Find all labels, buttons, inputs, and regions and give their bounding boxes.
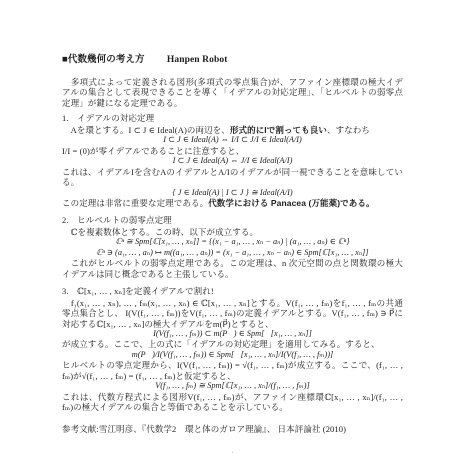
reference-citation: 参考文献:雪江明彦、『代数学2 環と体のガロア理論』、 日本評論社 (2010) [62,424,403,435]
section-3-line-3: ヒルベルトの零点定理から、I(V(f₁, … , fₘ)) = √(f₁, … … [62,360,403,381]
section-1-line-1-post: 、すなわち [327,125,370,135]
formula-weak-nullstellensatz-set: ℂⁿ ≅ Spm[ℂ[x₁, … , xₙ]] = {(x₁ − a₁, … ,… [62,237,403,247]
section-3-line-4: これは、代数方程式による図形V(f₁, … , fₘ)が、アファイン座標環ℂ[x… [62,392,403,413]
section-2-heading: 2. ヒルベルトの弱零点定理 [62,215,403,226]
formula-variety-spm-isomorphism: V(f₁, … , fₘ) ≅ Spm[ℂ[x₁, … , xₙ]/(f₁, …… [62,381,403,391]
section-1-line-1-bold: 形式的にIで割っても良い [230,125,327,135]
title-line: ■代数幾何の考え方 Hanpen Robot [62,54,403,67]
section-3: 3. ℂ[x₁, … , xₙ]を定義イデアルで割れ! f₁(x₁, … , x… [62,286,403,413]
page-title: ■代数幾何の考え方 [62,54,145,66]
formula-quotient-maximal-ideal: m(P⃗)/I(V(f₁, … , fₘ)) ∈ Spm[ℂ[x₁, … , x… [62,350,403,360]
section-1-line-2: I/I = (0)が零イデアルであることに注意すると、 [62,146,403,157]
document-content: ■代数幾何の考え方 Hanpen Robot 多項式によって定義される図形(多項… [0,0,453,453]
section-1-line-3: これは、イデアルIを含むAのイデアルとA/Iのイデアルが同一視できることを意味し… [62,167,403,188]
formula-weak-nullstellensatz-map: ℂⁿ ∋ (a₁, … , aₙ) ↦ m((a₁, … , aₙ)) = (x… [62,248,403,258]
section-1-line-1: Aを環とする。I ⊂ J ∈ Ideal(A)の両辺を、形式的にIで割っても良い… [62,125,403,136]
section-1-line-4-pre: この定理は非常に重要な定理である。 [62,198,208,208]
author-name: Hanpen Robot [167,55,228,67]
section-3-line-2: が成立する。ここで、上の式に「イデアルの対応定理」を適用してみる。すると、 [62,339,403,350]
formula-ideal-set-isomorphism: { J ∈ Ideal(A) | I ⊂ J } ≅ Ideal(A/I) [62,188,403,198]
section-2-line-2: これがヒルベルトの弱零点定理である。この定理は、n 次元空間の点と関数環の極大イ… [62,258,403,279]
section-1-line-4: この定理は非常に重要な定理である。代数学における Panacea (万能薬)であ… [62,198,403,209]
intro-paragraph: 多項式によって定義される図形(多項式の零点集合)が、アファイン座標環の極大イデア… [62,77,403,109]
formula-defining-ideal-inclusion: I(V(f₁, … , fₘ)) ⊂ m(P⃗) ∈ Spm[ℂ[x₁, … ,… [62,329,403,339]
document-page: ■代数幾何の考え方 Hanpen Robot 多項式によって定義される図形(多項… [0,0,453,453]
formula-ideal-correspondence-reduced: I ⊂ J ∈ Ideal(A) ⇔ J/I ∈ Ideal(A/I) [62,156,403,166]
section-3-line-1: f₁(x₁, … , xₙ), … , fₘ(x₁, … , xₙ) ∈ ℂ[x… [62,298,403,330]
section-1-line-1-pre: Aを環とする。I ⊂ J ∈ Ideal(A)の両辺を、 [62,125,230,135]
section-1-line-4-bold: 代数学における Panacea (万能薬)である。 [208,198,374,208]
section-2-line-1: ℂを複素数体とする。この時、以下が成立する。 [62,227,403,238]
section-3-heading: 3. ℂ[x₁, … , xₙ]を定義イデアルで割れ! [62,286,403,297]
section-2: 2. ヒルベルトの弱零点定理 ℂを複素数体とする。この時、以下が成立する。 ℂⁿ… [62,215,403,279]
formula-ideal-correspondence-full: I ⊂ J ∈ Ideal(A) ⇔ I/I ⊂ J/I ∈ Ideal(A/I… [62,135,403,145]
section-1: 1. イデアルの対応定理 Aを環とする。I ⊂ J ∈ Ideal(A)の両辺を… [62,113,403,208]
section-1-heading: 1. イデアルの対応定理 [62,113,403,124]
